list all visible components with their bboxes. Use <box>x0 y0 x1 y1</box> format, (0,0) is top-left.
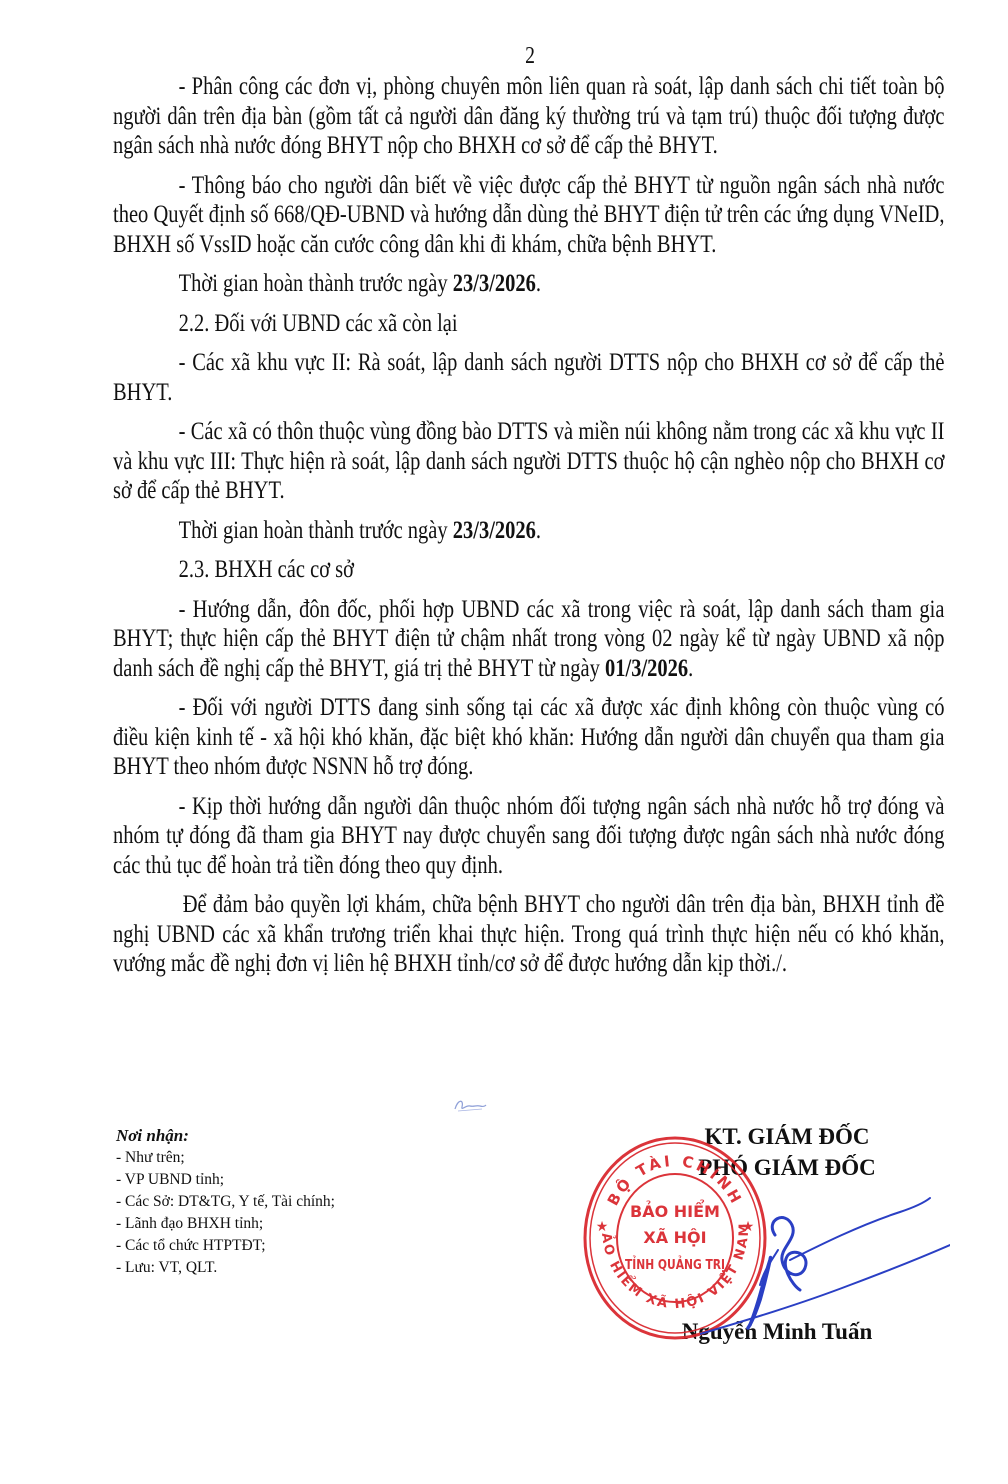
recipients-block: Nơi nhận: - Như trên; - VP UBND tỉnh; - … <box>116 1125 335 1279</box>
paragraph-ethnic-villages: - Các xã có thôn thuộc vùng đồng bào DTT… <box>113 417 944 506</box>
svg-text:XÃ HỘI: XÃ HỘI <box>643 1227 706 1247</box>
paragraph-notify-citizens: - Thông báo cho người dân biết về việc đ… <box>113 171 944 260</box>
paragraph-region-ii: - Các xã khu vực II: Rà soát, lập danh s… <box>113 348 944 407</box>
paragraph-refund: - Kịp thời hướng dẫn người dân thuộc nhó… <box>113 792 944 881</box>
deadline-label: Thời gian hoàn thành trước ngày <box>179 270 453 297</box>
deadline-date: 23/3/2026 <box>453 270 536 297</box>
recipient-item: - Lưu: VT, QLT. <box>116 1257 335 1279</box>
guidance-text: - Hướng dẫn, đôn đốc, phối hợp UBND các … <box>113 596 944 682</box>
section-heading-2-3: 2.3. BHXH các cơ sở <box>113 555 944 585</box>
document-body: - Phân công các đơn vị, phòng chuyên môn… <box>113 72 944 989</box>
paragraph-dtts-transition: - Đối với người DTTS đang sinh sống tại … <box>113 693 944 782</box>
recipients-list: - Như trên; - VP UBND tỉnh; - Các Sở: DT… <box>116 1147 335 1279</box>
handwritten-signature-icon <box>700 1190 950 1340</box>
paragraph-assign-units: - Phân công các đơn vị, phòng chuyên môn… <box>113 72 944 161</box>
page-number: 2 <box>95 42 964 70</box>
recipient-item: - Các tổ chức HTPTĐT; <box>116 1235 335 1257</box>
star-icon: ★ <box>596 1220 609 1235</box>
recipient-item: - Các Sở: DT&TG, Y tế, Tài chính; <box>116 1191 335 1213</box>
deadline-suffix: . <box>536 517 541 544</box>
paragraph-deadline-1: Thời gian hoàn thành trước ngày 23/3/202… <box>113 269 944 299</box>
guidance-suffix: . <box>688 655 693 682</box>
deadline-label: Thời gian hoàn thành trước ngày <box>179 517 453 544</box>
deadline-suffix: . <box>536 270 541 297</box>
initials-mark-icon <box>452 1095 488 1115</box>
paragraph-closing: Để đảm bảo quyền lợi khám, chữa bệnh BHY… <box>113 890 944 979</box>
recipient-item: - Lãnh đạo BHXH tỉnh; <box>116 1213 335 1235</box>
deadline-date: 23/3/2026 <box>453 517 536 544</box>
validity-date: 01/3/2026 <box>605 655 688 682</box>
recipient-item: - VP UBND tỉnh; <box>116 1169 335 1191</box>
recipient-item: - Như trên; <box>116 1147 335 1169</box>
section-heading-2-2: 2.2. Đối với UBND các xã còn lại <box>113 309 944 339</box>
recipients-title: Nơi nhận: <box>116 1125 335 1147</box>
paragraph-deadline-2: Thời gian hoàn thành trước ngày 23/3/202… <box>113 516 944 546</box>
paragraph-guidance: - Hướng dẫn, đôn đốc, phối hợp UBND các … <box>113 595 944 684</box>
